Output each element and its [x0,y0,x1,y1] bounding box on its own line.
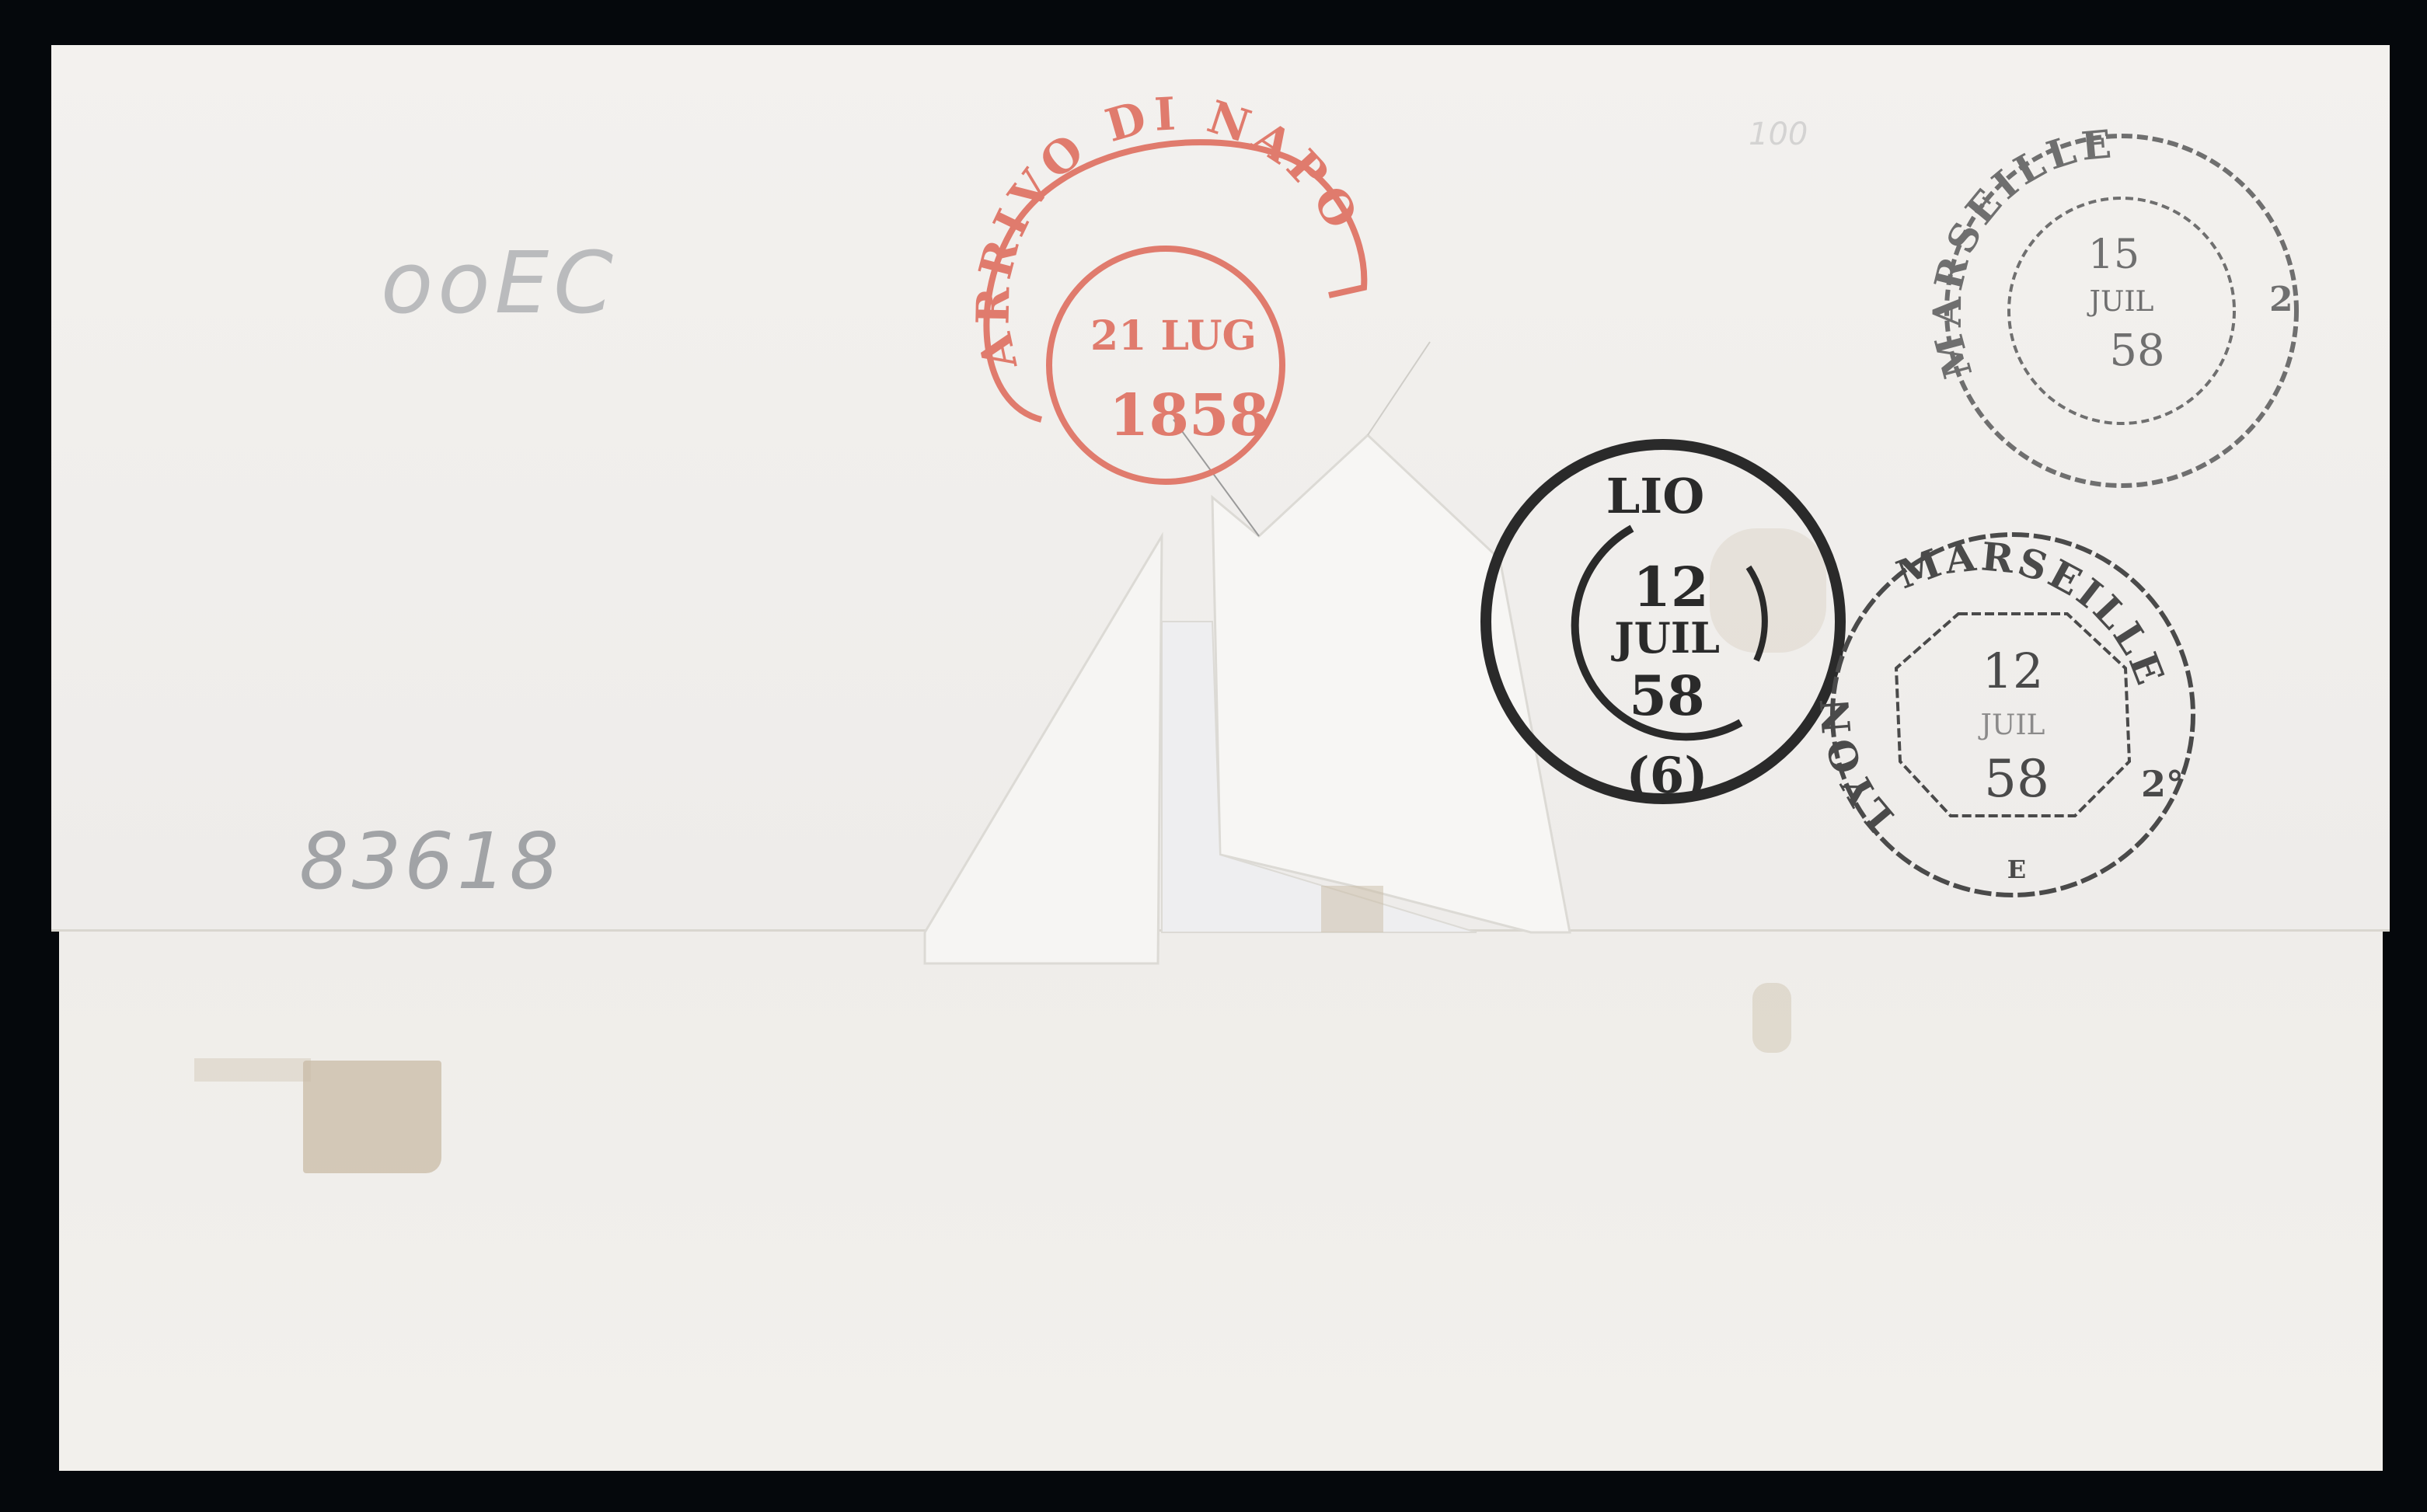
svg-text:LYON: LYON [1812,693,1903,839]
svg-text:12: 12 [1982,643,2044,699]
stain-center [1321,886,1383,932]
svg-text:JUIL: JUIL [1978,709,2045,741]
svg-text:58: 58 [2109,326,2164,376]
svg-text:58: 58 [1629,664,1704,728]
svg-text:15: 15 [2088,232,2139,278]
marseille-postmark: MARSEILLE 2 15 JUIL 58 [1927,117,2316,505]
svg-text:E: E [2007,855,2026,884]
lion-postmark: LIO 12 JUIL 58 (6) [1469,427,1873,831]
stain-bottom-left-faint [194,1058,311,1082]
pencil-code: ooEC [381,233,618,333]
svg-text:JUIL: JUIL [2087,286,2154,318]
faint-note: 100 [1749,117,1808,152]
stain-bottom-left [303,1061,441,1173]
svg-text:12: 12 [1633,555,1708,619]
stain-right [1752,983,1791,1053]
svg-text:21 LUG: 21 LUG [1090,312,1257,360]
svg-text:LIO: LIO [1606,468,1705,524]
svg-text:58: 58 [1984,749,2049,809]
svg-text:1858: 1858 [1109,382,1269,449]
naples-arrival-postmark: ARRIVO DI NAPOLI 21 LUG 1858 [964,109,1383,497]
svg-text:JUIL: JUIL [1611,613,1720,663]
svg-text:2°: 2° [2141,763,2184,805]
svg-text:2: 2 [2269,280,2293,319]
lyon-marseille-postmark: MARSEILLE LYON 2° 12 JUIL 58 E [1819,513,2207,909]
svg-text:(6): (6) [1626,747,1707,805]
pencil-number: 83618 [299,816,562,907]
